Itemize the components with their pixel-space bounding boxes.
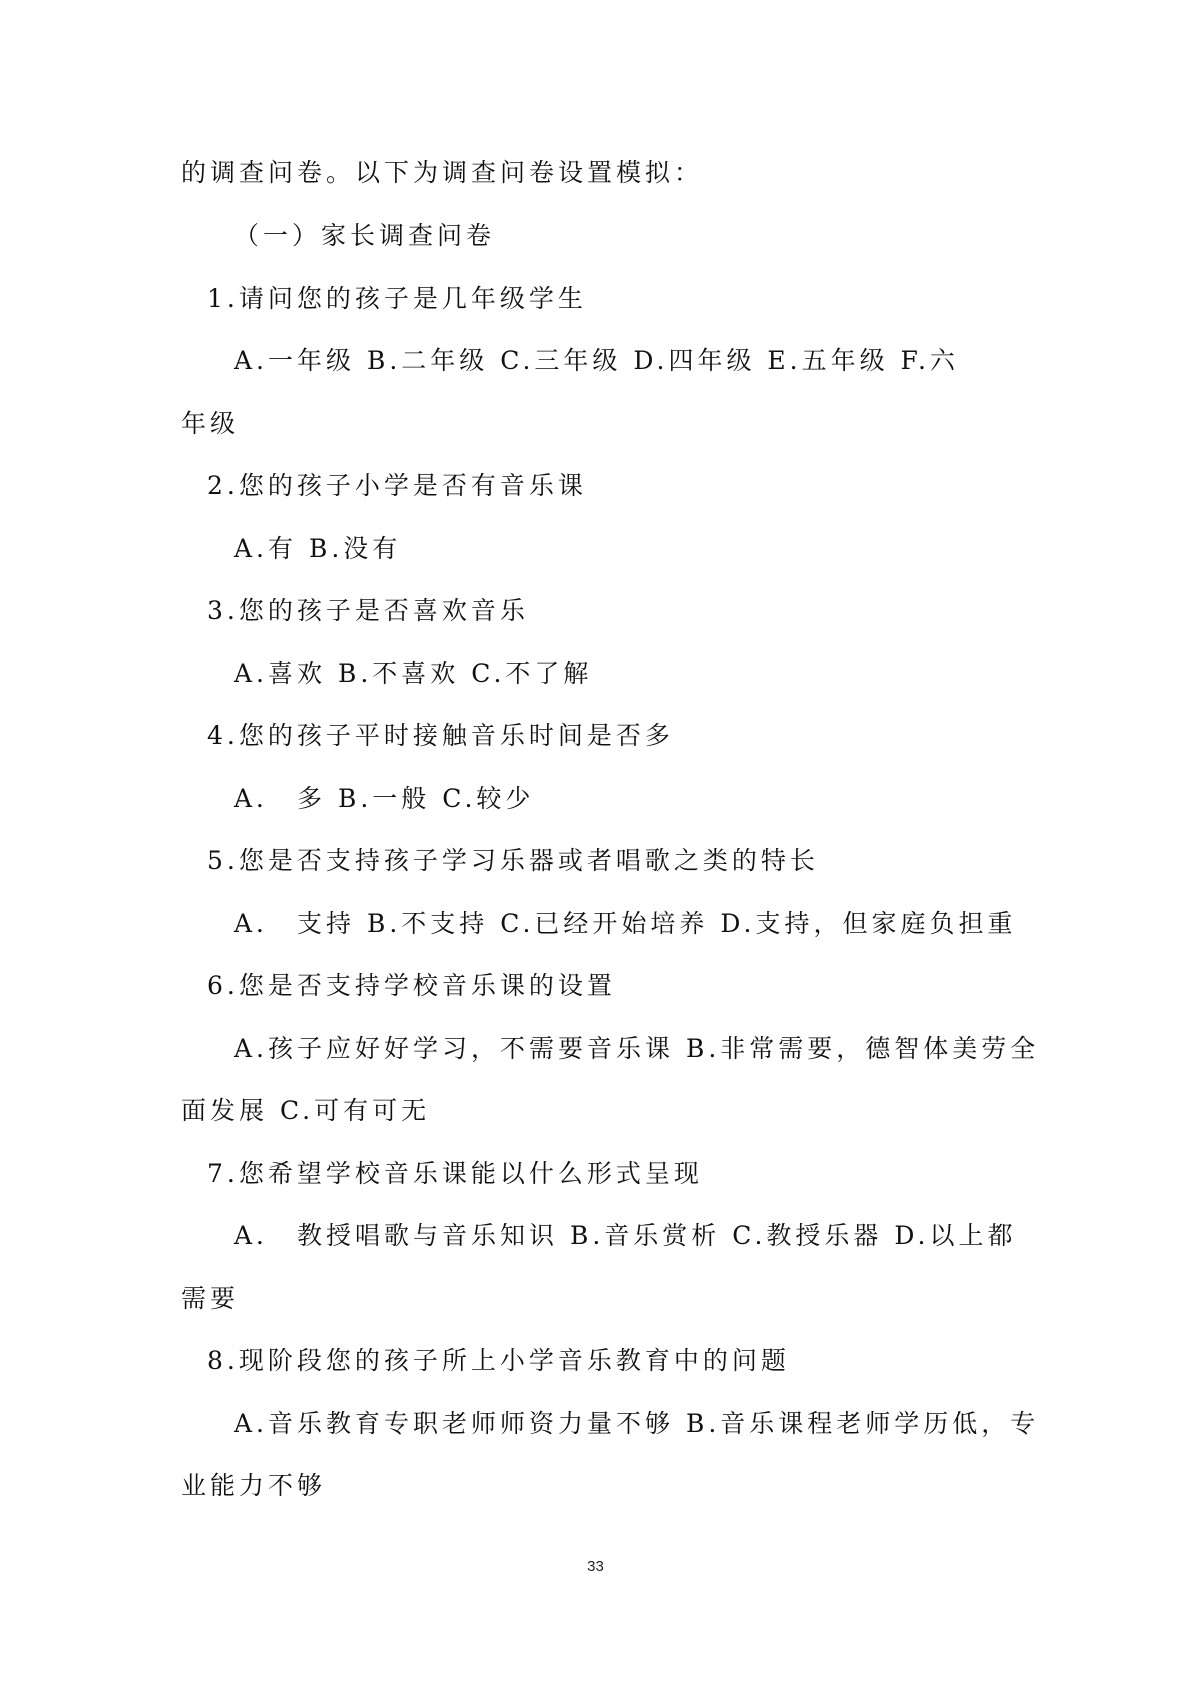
text-line: A． 支持 B.不支持 C.已经开始培养 D.支持，但家庭负担重 [234,909,1016,939]
text-line: A． 教授唱歌与音乐知识 B.音乐赏析 C.教授乐器 D.以上都 [234,1221,1016,1251]
text-line: 5.您是否支持孩子学习乐器或者唱歌之类的特长 [207,846,819,876]
text-line: A.孩子应好好学习，不需要音乐课 B.非常需要，德智体美劳全 [234,1034,1039,1064]
text-line: 3.您的孩子是否喜欢音乐 [207,596,529,626]
text-line: 8.现阶段您的孩子所上小学音乐教育中的问题 [207,1346,790,1376]
text-line: 需要 [181,1284,239,1314]
page-number: 33 [0,1558,1191,1575]
text-line: A.音乐教育专职老师师资力量不够 B.音乐课程老师学历低，专 [234,1409,1039,1439]
text-line: 2.您的孩子小学是否有音乐课 [207,471,587,501]
text-line: 7.您希望学校音乐课能以什么形式呈现 [207,1159,703,1189]
document-page: 的调查问卷。以下为调查问卷设置模拟：（一）家长调查问卷1.请问您的孩子是几年级学… [0,0,1191,1684]
text-line: A.喜欢 B.不喜欢 C.不了解 [234,659,592,689]
text-line: 6.您是否支持学校音乐课的设置 [207,971,616,1001]
text-line: 面发展 C.可有可无 [181,1096,430,1126]
text-line: （一）家长调查问卷 [234,221,495,251]
text-line: 的调查问卷。以下为调查问卷设置模拟： [181,158,703,188]
text-line: A.有 B.没有 [234,534,401,564]
text-line: 业能力不够 [181,1471,326,1501]
text-line: A.一年级 B.二年级 C.三年级 D.四年级 E.五年级 F.六 [234,346,959,376]
text-line: 4.您的孩子平时接触音乐时间是否多 [207,721,674,751]
text-line: A． 多 B.一般 C.较少 [234,784,534,814]
text-line: 年级 [181,409,239,439]
text-line: 1.请问您的孩子是几年级学生 [207,284,587,314]
